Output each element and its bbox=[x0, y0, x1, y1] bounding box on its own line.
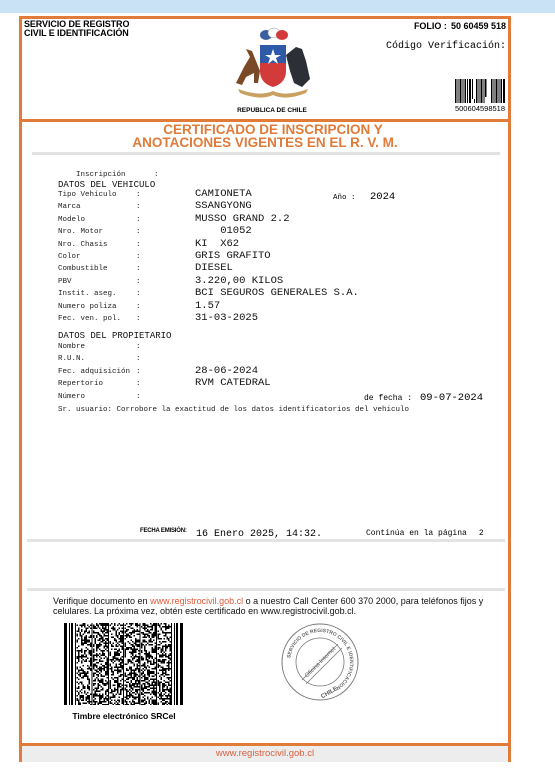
coat-of-arms-icon bbox=[230, 27, 316, 103]
top-strip bbox=[0, 0, 555, 13]
field-value: 01052 bbox=[195, 225, 252, 237]
field-label: Instit. aseg. bbox=[58, 290, 136, 298]
field-colon: : bbox=[136, 265, 156, 273]
certificate-title: CERTIFICADO DE INSCRIPCION Y ANOTACIONES… bbox=[22, 123, 508, 149]
verification-code-label: Código Verificación: bbox=[386, 41, 506, 52]
continues-on-page: Continúa en la página2 bbox=[366, 529, 484, 538]
field-colon: : bbox=[136, 278, 156, 286]
user-notice: Sr. usuario: Corrobore la exactitud de l… bbox=[58, 406, 409, 414]
registro-civil-link[interactable]: www.registrocivil.gob.cl bbox=[150, 596, 243, 606]
field-label: Fec. adquisición bbox=[58, 368, 136, 376]
date-value: 09-07-2024 bbox=[420, 392, 483, 404]
continues-label: Continúa en la página bbox=[366, 529, 467, 538]
field-label: Número bbox=[58, 393, 136, 401]
field-value: CAMIONETA bbox=[195, 188, 252, 200]
field-row: Combustible:DIESEL bbox=[58, 265, 156, 273]
field-colon: : bbox=[136, 191, 156, 199]
field-row: Repertorio:RVM CATEDRAL bbox=[58, 380, 156, 388]
folio-value: 50 60459 518 bbox=[451, 21, 506, 31]
field-colon: : bbox=[136, 253, 156, 261]
field-row: Instit. aseg.:BCI SEGUROS GENERALES S.A. bbox=[58, 290, 156, 298]
year-value: 2024 bbox=[370, 191, 395, 203]
verify-rule bbox=[27, 588, 505, 591]
field-row: Modelo:MUSSO GRAND 2.2 bbox=[58, 216, 156, 224]
field-value: BCI SEGUROS GENERALES S.A. bbox=[195, 287, 359, 299]
svg-text:Oficina Internet: Oficina Internet bbox=[304, 646, 337, 679]
footer-url-link[interactable]: www.registrocivil.gob.cl bbox=[216, 748, 314, 759]
field-label: Nro. Chasis bbox=[58, 241, 136, 249]
field-value: 28-06-2024 bbox=[195, 365, 258, 377]
field-label: Inscripción bbox=[76, 171, 154, 179]
verification-notice: Verifique documento en www.registrocivil… bbox=[53, 597, 493, 616]
field-label: Tipo Vehículo bbox=[58, 191, 136, 199]
field-colon: : bbox=[136, 303, 156, 311]
barcode-icon bbox=[455, 79, 505, 103]
field-colon: : bbox=[136, 203, 156, 211]
year-label: Año : bbox=[333, 194, 356, 202]
field-value: DIESEL bbox=[195, 262, 233, 274]
emission-label: FECHA EMISIÓN: bbox=[140, 528, 187, 534]
owner-section-title: DATOS DEL PROPIETARIO bbox=[58, 331, 171, 341]
field-row: Nro. Motor: 01052 bbox=[58, 228, 156, 236]
field-colon: : bbox=[136, 368, 156, 376]
field-label: Fec. ven. pol. bbox=[58, 315, 136, 323]
field-label: Combustible bbox=[58, 265, 136, 273]
field-value: GRIS GRAFITO bbox=[195, 250, 271, 262]
field-colon: : bbox=[136, 290, 156, 298]
field-row: Nro. Chasis:KI X62 bbox=[58, 241, 156, 249]
field-colon: : bbox=[136, 241, 156, 249]
footer: www.registrocivil.gob.cl bbox=[22, 743, 508, 762]
field-value: 1.57 bbox=[195, 300, 220, 312]
title-line-2: ANOTACIONES VIGENTES EN EL R. V. M. bbox=[22, 136, 508, 149]
folio-label: FOLIO : bbox=[414, 21, 447, 31]
field-row: Fec. ven. pol.:31-03-2025 bbox=[58, 315, 156, 323]
field-row: Fec. adquisición:28-06-2024 bbox=[58, 368, 156, 376]
field-row: Color:GRIS GRAFITO bbox=[58, 253, 156, 261]
crest-label: REPUBLICA DE CHILE bbox=[222, 107, 322, 114]
emission-rule bbox=[27, 539, 505, 542]
field-row: PBV:3.220,00 KILOS bbox=[58, 278, 156, 286]
electronic-stamp-label: Timbre electrónico SRCeI bbox=[64, 711, 184, 721]
field-value: RVM CATEDRAL bbox=[195, 377, 271, 389]
title-rule bbox=[32, 152, 500, 155]
date-label: de fecha : bbox=[364, 394, 412, 403]
field-row: Marca:SSANGYONG bbox=[58, 203, 156, 211]
electronic-stamp-pdf417-icon bbox=[64, 623, 184, 705]
verify-prefix: Verifique documento en bbox=[53, 596, 150, 606]
field-label: Numero poliza bbox=[58, 303, 136, 311]
field-colon: : bbox=[136, 315, 156, 323]
field-colon: : bbox=[136, 228, 156, 236]
field-colon: : bbox=[136, 216, 156, 224]
field-row: R.U.N.: bbox=[58, 355, 156, 363]
vehicle-section-title: DATOS DEL VEHICULO bbox=[58, 180, 155, 190]
field-row: Tipo Vehículo:CAMIONETA bbox=[58, 191, 156, 199]
field-label: Modelo bbox=[58, 216, 136, 224]
certificate-header: SERVICIO DE REGISTRO CIVIL E IDENTIFICAC… bbox=[22, 19, 508, 119]
certificate-document: SERVICIO DE REGISTRO CIVIL E IDENTIFICAC… bbox=[19, 16, 511, 762]
field-colon: : bbox=[136, 393, 156, 401]
field-colon: : bbox=[136, 380, 156, 388]
field-row: Numero poliza:1.57 bbox=[58, 303, 156, 311]
field-colon: : bbox=[136, 355, 156, 363]
field-label: PBV bbox=[58, 278, 136, 286]
field-row: Nombre: bbox=[58, 343, 156, 351]
field-label: Repertorio bbox=[58, 380, 136, 388]
field-label: Nro. Motor bbox=[58, 228, 136, 236]
official-seal-icon: SERVICIO DE REGISTRO CIVIL E IDENTIFICAC… bbox=[280, 622, 360, 702]
field-label: Marca bbox=[58, 203, 136, 211]
agency-name: SERVICIO DE REGISTRO CIVIL E IDENTIFICAC… bbox=[24, 20, 129, 38]
agency-line-2: CIVIL E IDENTIFICACIÓN bbox=[24, 29, 129, 38]
folio: FOLIO :50 60459 518 bbox=[414, 21, 506, 31]
continues-page-number: 2 bbox=[479, 529, 484, 538]
field-value: 3.220,00 KILOS bbox=[195, 275, 283, 287]
field-label: Nombre bbox=[58, 343, 136, 351]
svg-text:CHILE: CHILE bbox=[320, 686, 339, 700]
field-value: 31-03-2025 bbox=[195, 312, 258, 324]
field-colon: : bbox=[136, 343, 156, 351]
field-value: SSANGYONG bbox=[195, 200, 252, 212]
field-value: MUSSO GRAND 2.2 bbox=[195, 213, 290, 225]
field-row: Número: bbox=[58, 393, 156, 401]
field-label: R.U.N. bbox=[58, 355, 136, 363]
field-value: KI X62 bbox=[195, 238, 239, 250]
barcode-number: 500604598518 bbox=[452, 104, 508, 113]
field-label: Color bbox=[58, 253, 136, 261]
